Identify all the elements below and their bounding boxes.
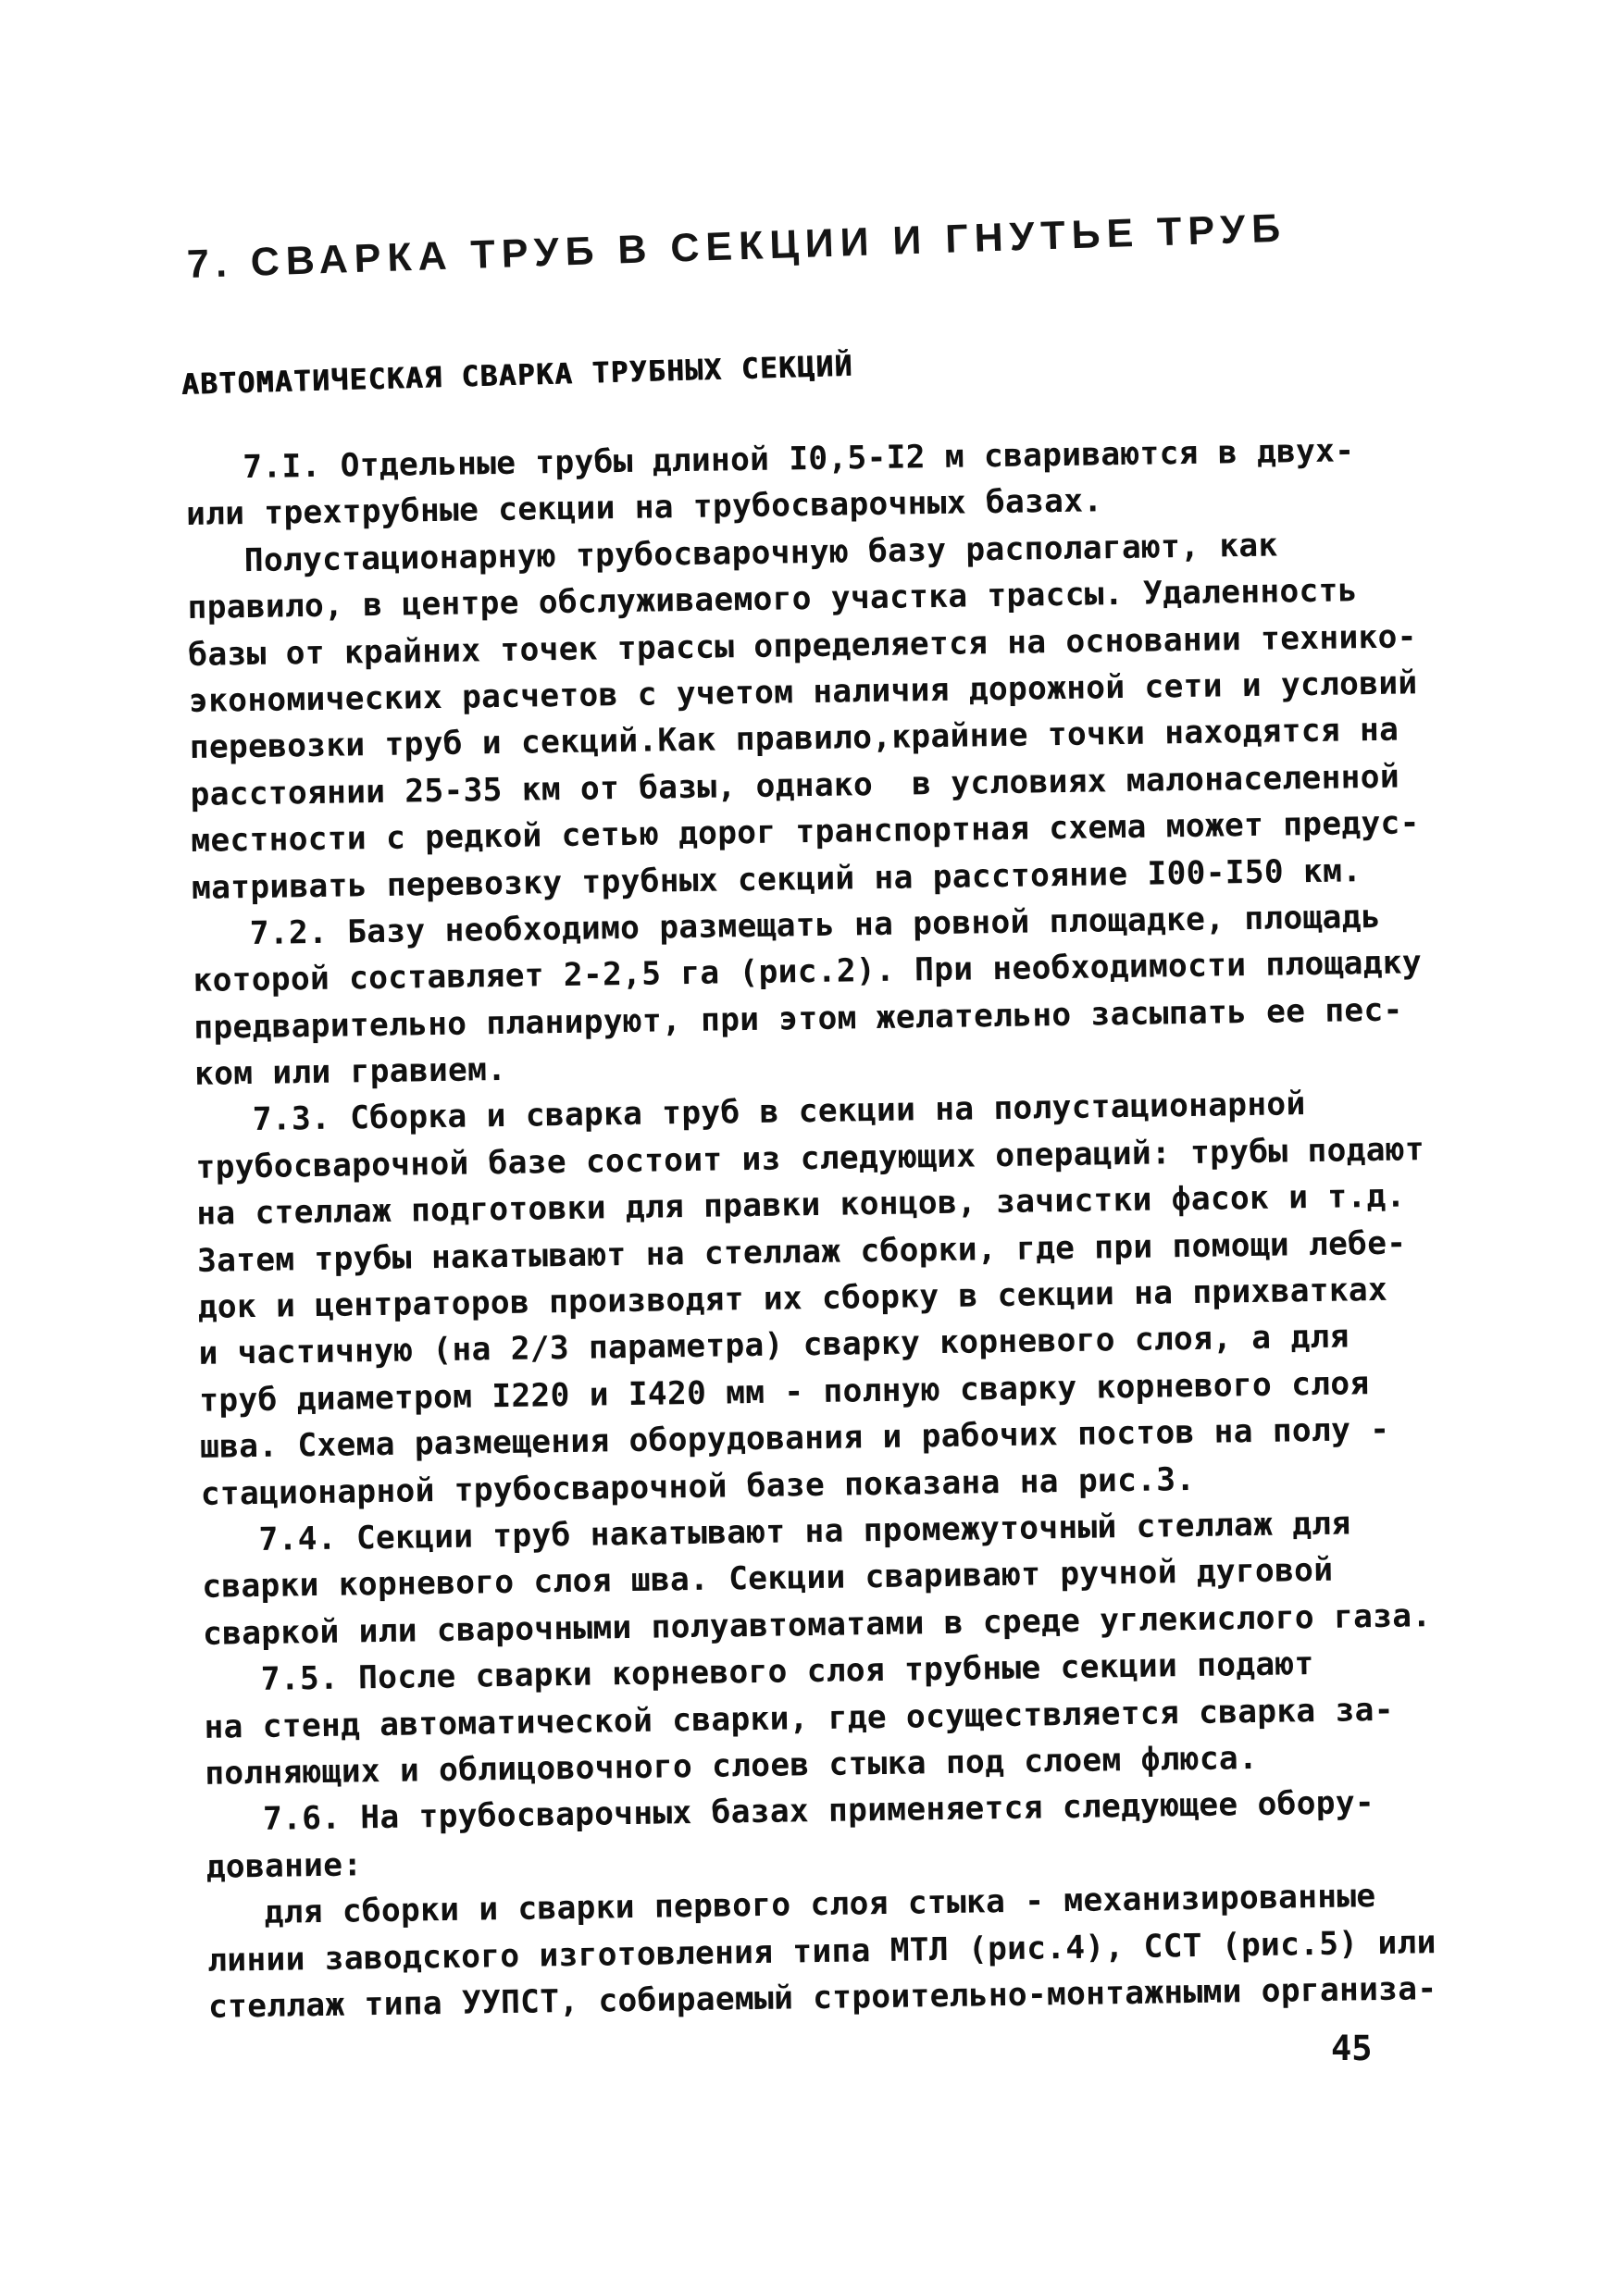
body-text: 7.I. Отдельные трубы длиной I0,5-I2 м св… xyxy=(185,427,1437,2030)
scanned-document-page: 7. СВАРКА ТРУБ В СЕКЦИИ И ГНУТЬЕ ТРУБ АВ… xyxy=(0,0,1617,2296)
section-heading: 7. СВАРКА ТРУБ В СЕКЦИИ И ГНУТЬЕ ТРУБ xyxy=(186,206,1287,288)
page-number: 45 xyxy=(1331,2029,1373,2068)
subsection-heading: АВТОМАТИЧЕСКАЯ СВАРКА ТРУБНЫХ СЕКЦИЙ xyxy=(180,350,853,402)
